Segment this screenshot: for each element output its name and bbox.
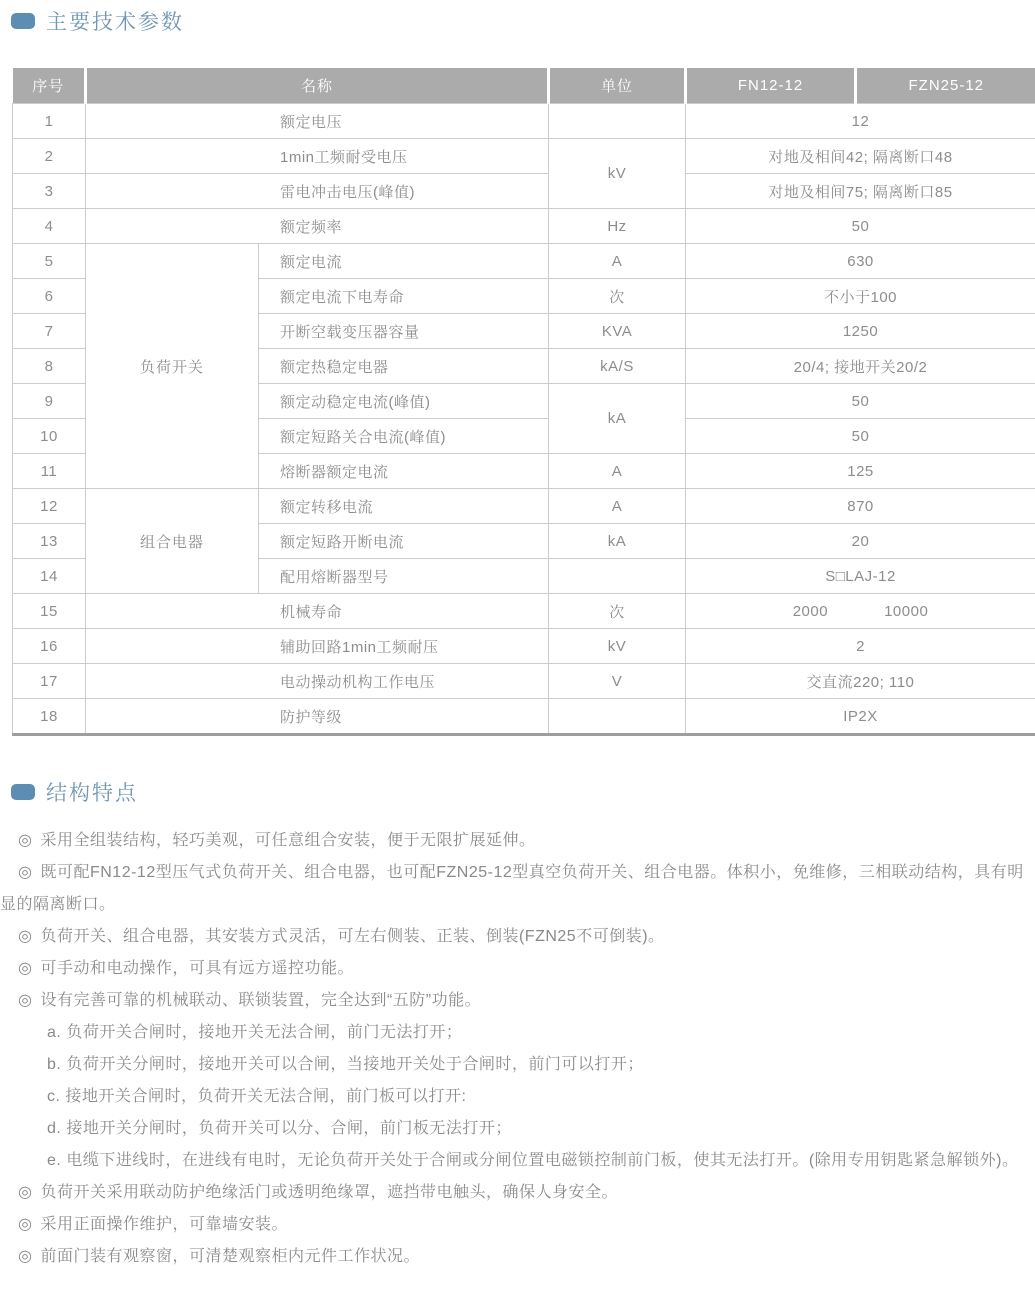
cell-value: 2 — [686, 629, 1035, 664]
feature-text: 既可配FN12-12型压气式负荷开关、组合电器，也可配FZN25-12型真空负荷… — [0, 864, 1024, 913]
tech-params-table: 序号 名称 单位 FN12-12 FZN25-12 1 额定电压 12 2 1m… — [12, 68, 1035, 736]
cell-no: 11 — [13, 454, 86, 489]
cell-value: 630 — [686, 244, 1035, 279]
cell-name: 辅助回路1min工频耐压 — [86, 629, 549, 664]
feature-marker: ◎ — [18, 960, 32, 977]
cell-unit: A — [549, 489, 686, 524]
header-fn12: FN12-12 — [686, 68, 856, 104]
cell-unit: kA/S — [549, 349, 686, 384]
cell-value: 50 — [686, 419, 1035, 454]
section-title-features: 结构特点 — [11, 779, 1035, 805]
feature-text: 可手动和电动操作，可具有远方遥控功能。 — [40, 960, 354, 977]
feature-item: ◎采用全组装结构，轻巧美观，可任意组合安装，便于无限扩展延伸。 — [0, 825, 1035, 857]
feature-marker: d. — [47, 1120, 61, 1137]
feature-item: ◎采用正面操作维护，可靠墙安装。 — [0, 1209, 1035, 1241]
cell-unit: 次 — [549, 594, 686, 629]
cell-unit: KVA — [549, 314, 686, 349]
feature-marker: c. — [47, 1088, 60, 1105]
cell-name: 防护等级 — [86, 699, 549, 735]
cell-unit: Hz — [549, 209, 686, 244]
cell-name: 额定转移电流 — [259, 489, 549, 524]
feature-marker: a. — [47, 1024, 61, 1041]
cell-value-fzn25: 10000 — [884, 603, 928, 620]
table-row: 18 防护等级 IP2X — [13, 699, 1035, 735]
table-row: 17 电动操动机构工作电压 V 交直流220; 110 — [13, 664, 1035, 699]
cell-unit: kA — [549, 524, 686, 559]
feature-text: 采用全组装结构，轻巧美观，可任意组合安装，便于无限扩展延伸。 — [40, 832, 535, 849]
cell-name: 额定电流下电寿命 — [259, 279, 549, 314]
cell-name: 额定电压 — [86, 104, 549, 139]
section-title-text: 结构特点 — [46, 777, 138, 807]
cell-value: IP2X — [686, 699, 1035, 735]
feature-marker: ◎ — [18, 1248, 32, 1265]
table-row: 16 辅助回路1min工频耐压 kV 2 — [13, 629, 1035, 664]
cell-name: 额定动稳定电流(峰值) — [259, 384, 549, 419]
feature-marker: b. — [47, 1056, 61, 1073]
section-title-text: 主要技术参数 — [46, 6, 184, 36]
features-list: ◎采用全组装结构，轻巧美观，可任意组合安装，便于无限扩展延伸。 ◎既可配FN12… — [0, 825, 1035, 1273]
cell-name: 额定频率 — [86, 209, 549, 244]
cell-unit: 次 — [549, 279, 686, 314]
cell-value: 870 — [686, 489, 1035, 524]
header-fzn25: FZN25-12 — [856, 68, 1035, 104]
cell-no: 1 — [13, 104, 86, 139]
group-cell-combined-apparatus: 组合电器 — [86, 489, 259, 594]
cell-value: 50 — [686, 384, 1035, 419]
cell-no: 7 — [13, 314, 86, 349]
section-title-tech-params: 主要技术参数 — [11, 0, 1035, 34]
cell-unit: V — [549, 664, 686, 699]
feature-text: 接地开关合闸时，负荷开关无法合闸，前门板可以打开: — [65, 1088, 466, 1105]
feature-text: 设有完善可靠的机械联动、联锁装置，完全达到“五防”功能。 — [40, 992, 481, 1009]
cell-value: 1250 — [686, 314, 1035, 349]
cell-name: 雷电冲击电压(峰值) — [86, 174, 549, 209]
cell-value: 12 — [686, 104, 1035, 139]
feature-subitem: a.负荷开关合闸时，接地开关无法合闸，前门无法打开； — [0, 1017, 1035, 1049]
table-row: 15 机械寿命 次 2000 10000 — [13, 594, 1035, 629]
table-row: 3 雷电冲击电压(峰值) 对地及相间75; 隔离断口85 — [13, 174, 1035, 209]
feature-item: ◎前面门装有观察窗，可清楚观察柜内元件工作状况。 — [0, 1241, 1035, 1273]
feature-item: ◎可手动和电动操作，可具有远方遥控功能。 — [0, 953, 1035, 985]
cell-unit — [549, 699, 686, 735]
group-cell-load-switch: 负荷开关 — [86, 244, 259, 489]
section-bullet-icon — [11, 13, 35, 29]
cell-value: 不小于100 — [686, 279, 1035, 314]
header-unit: 单位 — [549, 68, 686, 104]
feature-text: 接地开关分闸时，负荷开关可以分、合闸，前门板无法打开； — [66, 1120, 512, 1137]
cell-name: 额定短路关合电流(峰值) — [259, 419, 549, 454]
cell-name: 1min工频耐受电压 — [86, 139, 549, 174]
cell-value: 对地及相间42; 隔离断口48 — [686, 139, 1035, 174]
cell-name: 电动操动机构工作电压 — [86, 664, 549, 699]
feature-marker: ◎ — [18, 992, 32, 1009]
cell-unit — [549, 559, 686, 594]
cell-name: 开断空载变压器容量 — [259, 314, 549, 349]
feature-text: 采用正面操作维护，可靠墙安装。 — [40, 1216, 288, 1233]
cell-unit: kV — [549, 629, 686, 664]
table-row: 12 组合电器 额定转移电流 A 870 — [13, 489, 1035, 524]
feature-text: 负荷开关分闸时，接地开关可以合闸，当接地开关处于合闸时，前门可以打开； — [66, 1056, 644, 1073]
feature-subitem: d.接地开关分闸时，负荷开关可以分、合闸，前门板无法打开； — [0, 1113, 1035, 1145]
cell-value: S□LAJ-12 — [686, 559, 1035, 594]
cell-value: 125 — [686, 454, 1035, 489]
feature-text: 电缆下进线时，在进线有电时，无论负荷开关处于合闸或分闸位置电磁锁控制前门板，使其… — [66, 1152, 1018, 1169]
cell-value: 20/4; 接地开关20/2 — [686, 349, 1035, 384]
feature-subitem: e.电缆下进线时，在进线有电时，无论负荷开关处于合闸或分闸位置电磁锁控制前门板，… — [0, 1145, 1035, 1177]
table-row: 2 1min工频耐受电压 kV 对地及相间42; 隔离断口48 — [13, 139, 1035, 174]
cell-value: 50 — [686, 209, 1035, 244]
cell-no: 3 — [13, 174, 86, 209]
feature-text: 负荷开关采用联动防护绝缘活门或透明绝缘罩，遮挡带电触头，确保人身安全。 — [40, 1184, 618, 1201]
cell-no: 13 — [13, 524, 86, 559]
section-bullet-icon — [11, 784, 35, 800]
table-header-row: 序号 名称 单位 FN12-12 FZN25-12 — [13, 68, 1035, 104]
feature-text: 负荷开关、组合电器，其安装方式灵活，可左右侧装、正装、倒装(FZN25不可倒装)… — [40, 928, 664, 945]
cell-no: 17 — [13, 664, 86, 699]
cell-unit: A — [549, 454, 686, 489]
cell-name: 额定电流 — [259, 244, 549, 279]
feature-marker: e. — [47, 1152, 61, 1169]
cell-value: 交直流220; 110 — [686, 664, 1035, 699]
feature-marker: ◎ — [18, 1184, 32, 1201]
table-row: 5 负荷开关 额定电流 A 630 — [13, 244, 1035, 279]
feature-item: ◎负荷开关采用联动防护绝缘活门或透明绝缘罩，遮挡带电触头，确保人身安全。 — [0, 1177, 1035, 1209]
cell-no: 8 — [13, 349, 86, 384]
cell-no: 18 — [13, 699, 86, 735]
header-name: 名称 — [86, 68, 549, 104]
cell-value-fn12: 2000 — [793, 603, 828, 620]
feature-marker: ◎ — [18, 864, 32, 881]
cell-name: 熔断器额定电流 — [259, 454, 549, 489]
cell-unit: kA — [549, 384, 686, 454]
cell-name: 机械寿命 — [86, 594, 549, 629]
cell-unit: kV — [549, 139, 686, 209]
cell-no: 6 — [13, 279, 86, 314]
header-no: 序号 — [13, 68, 86, 104]
cell-value: 对地及相间75; 隔离断口85 — [686, 174, 1035, 209]
cell-no: 9 — [13, 384, 86, 419]
feature-text: 前面门装有观察窗，可清楚观察柜内元件工作状况。 — [40, 1248, 420, 1265]
cell-no: 4 — [13, 209, 86, 244]
table-row: 4 额定频率 Hz 50 — [13, 209, 1035, 244]
cell-no: 15 — [13, 594, 86, 629]
feature-item: ◎设有完善可靠的机械联动、联锁装置，完全达到“五防”功能。 — [0, 985, 1035, 1017]
cell-no: 14 — [13, 559, 86, 594]
cell-name: 配用熔断器型号 — [259, 559, 549, 594]
cell-no: 2 — [13, 139, 86, 174]
feature-item: ◎负荷开关、组合电器，其安装方式灵活，可左右侧装、正装、倒装(FZN25不可倒装… — [0, 921, 1035, 953]
cell-no: 10 — [13, 419, 86, 454]
cell-value: 2000 10000 — [686, 594, 1035, 629]
feature-text: 负荷开关合闸时，接地开关无法合闸，前门无法打开； — [66, 1024, 462, 1041]
cell-no: 12 — [13, 489, 86, 524]
feature-marker: ◎ — [18, 1216, 32, 1233]
cell-no: 5 — [13, 244, 86, 279]
feature-marker: ◎ — [18, 832, 32, 849]
cell-unit: A — [549, 244, 686, 279]
feature-marker: ◎ — [18, 928, 32, 945]
cell-name: 额定短路开断电流 — [259, 524, 549, 559]
cell-name: 额定热稳定电器 — [259, 349, 549, 384]
cell-value: 20 — [686, 524, 1035, 559]
feature-subitem: b.负荷开关分闸时，接地开关可以合闸，当接地开关处于合闸时，前门可以打开； — [0, 1049, 1035, 1081]
cell-no: 16 — [13, 629, 86, 664]
table-row: 1 额定电压 12 — [13, 104, 1035, 139]
cell-unit — [549, 104, 686, 139]
feature-subitem: c.接地开关合闸时，负荷开关无法合闸，前门板可以打开: — [0, 1081, 1035, 1113]
feature-item: ◎既可配FN12-12型压气式负荷开关、组合电器，也可配FZN25-12型真空负… — [0, 857, 1035, 921]
